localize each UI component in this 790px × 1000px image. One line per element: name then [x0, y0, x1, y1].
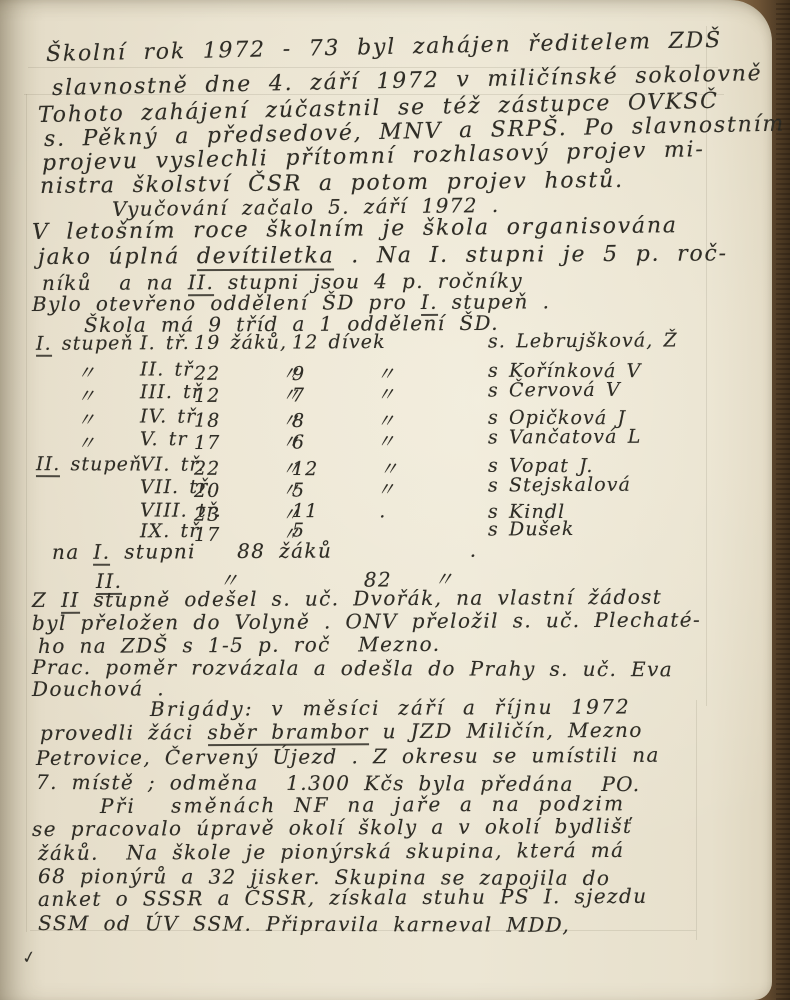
grade-cell: II. stupeň	[36, 453, 142, 475]
line-text: SSM od ÚV SSM. Připravila karneval MDD,	[38, 911, 570, 937]
grade-numeral: II.	[36, 453, 60, 477]
underlined-text: devítiletka	[197, 243, 335, 271]
handwritten-line: se pracovalo úpravě okolí školy a v okol…	[32, 814, 633, 841]
handwritten-line: V letošním roce školním je škola organis…	[32, 213, 678, 245]
grade-rest: stupeň	[60, 453, 142, 475]
line-text: provedli žáci	[40, 720, 208, 745]
class-cell: V. tr	[140, 428, 188, 450]
class-cell: I. tř.	[140, 332, 190, 354]
line-text: Školní rok 1972 - 73 byl zahájen ředitel…	[46, 28, 723, 67]
line-text: Petrovice, Červený Újezd . Z okresu se u…	[36, 743, 660, 770]
handwritten-line: byl přeložen do Volyně . ONV přeložil s.…	[32, 607, 701, 635]
line-text: anket o SSSR a ČSSR, získala stuhu PS I.…	[38, 884, 648, 911]
class-cell: II. tř	[140, 358, 193, 380]
girls-cell: 7 〃	[292, 380, 396, 408]
class-cell: IV. tř	[140, 405, 196, 427]
teacher-cell: s Stejskalová	[488, 474, 631, 497]
teacher-cell: s Vančatová L	[488, 426, 642, 449]
handwritten-line: Brigády: v měsíci září a říjnu 1972	[150, 694, 631, 721]
grade-cell: I. stupeň	[36, 332, 134, 355]
pupils-cell: 12 〃	[194, 380, 301, 408]
teacher-cell: s Dušek	[488, 518, 575, 540]
photo-of-book: Školní rok 1972 - 73 byl zahájen ředitel…	[0, 0, 790, 1000]
line-text: žáků. Na škole je pionýrská skupina, kte…	[38, 838, 625, 865]
handwritten-line: jako úplná devítiletka . Na I. stupni je…	[38, 241, 728, 270]
pupils-cell: 17 〃	[194, 427, 301, 455]
line-text: Brigády: v měsíci září a říjnu 1972	[150, 694, 631, 721]
line-text: na	[52, 540, 94, 564]
grade-cell: 〃	[36, 428, 97, 455]
line-text: u JZD Miličín, Mezno	[369, 718, 643, 743]
class-cell: III. tř	[140, 381, 202, 403]
pupils-cell: 19 žáků,	[194, 331, 287, 353]
line-text: Douchová .	[32, 676, 165, 701]
line-text: se pracovalo úpravě okolí školy a v okol…	[32, 814, 633, 841]
grade-rest: 〃	[36, 432, 97, 454]
girls-cell: 5 〃	[292, 475, 396, 503]
line-text: ho na ZDŠ s 1-5 p. roč Mezno.	[38, 632, 441, 658]
handwritten-line: Školní rok 1972 - 73 byl zahájen ředitel…	[46, 28, 723, 67]
table-row: 〃 III. tř 12 〃 7 〃 s Červová V	[0, 378, 772, 408]
underlined-text: sběr brambor	[207, 719, 368, 746]
table-row: 〃 V. tr 17 〃 6 〃 s Vančatová L	[0, 425, 772, 455]
handwritten-line: SSM od ÚV SSM. Připravila karneval MDD,	[38, 911, 570, 937]
handwritten-line: provedli žáci sběr brambor u JZD Miličín…	[40, 718, 643, 745]
grade-numeral: I.	[36, 333, 52, 357]
handwritten-line: Douchová .	[32, 676, 165, 701]
girls-cell: 12 dívek	[292, 331, 386, 353]
book-edge	[776, 0, 790, 1000]
teacher-cell: s Červová V	[488, 379, 621, 402]
handwritten-line: Petrovice, Červený Újezd . Z okresu se u…	[36, 743, 660, 770]
teacher-cell: s. Lebrujšková, Ž	[488, 329, 678, 352]
grade-rest: stupeň	[52, 332, 134, 354]
handwritten-line: na I. stupni 88 žáků .	[52, 538, 478, 564]
girls-cell: 6 〃	[292, 427, 396, 455]
table-row: I. stupeň I. tř. 19 žáků, 12 dívek s. Le…	[0, 329, 772, 359]
line-text: stupni 88 žáků .	[110, 538, 477, 564]
line-text: Z	[32, 588, 61, 612]
check-mark: ✓	[20, 947, 38, 969]
handwritten-line: anket o SSSR a ČSSR, získala stuhu PS I.…	[38, 884, 648, 911]
handwritten-line: žáků. Na škole je pionýrská skupina, kte…	[38, 838, 625, 865]
underlined-text: I.	[93, 540, 110, 566]
paper-crease	[696, 700, 697, 940]
line-text: byl přeložen do Volyně . ONV přeložil s.…	[32, 607, 701, 635]
line-text: jako úplná	[38, 244, 197, 270]
line-text: . Na I. stupni je 5 p. roč-	[334, 241, 728, 268]
line-text: V letošním roce školním je škola organis…	[32, 213, 678, 245]
chronicle-page: Školní rok 1972 - 73 byl zahájen ředitel…	[0, 0, 772, 1000]
handwritten-line: ho na ZDŠ s 1-5 p. roč Mezno.	[38, 632, 441, 658]
